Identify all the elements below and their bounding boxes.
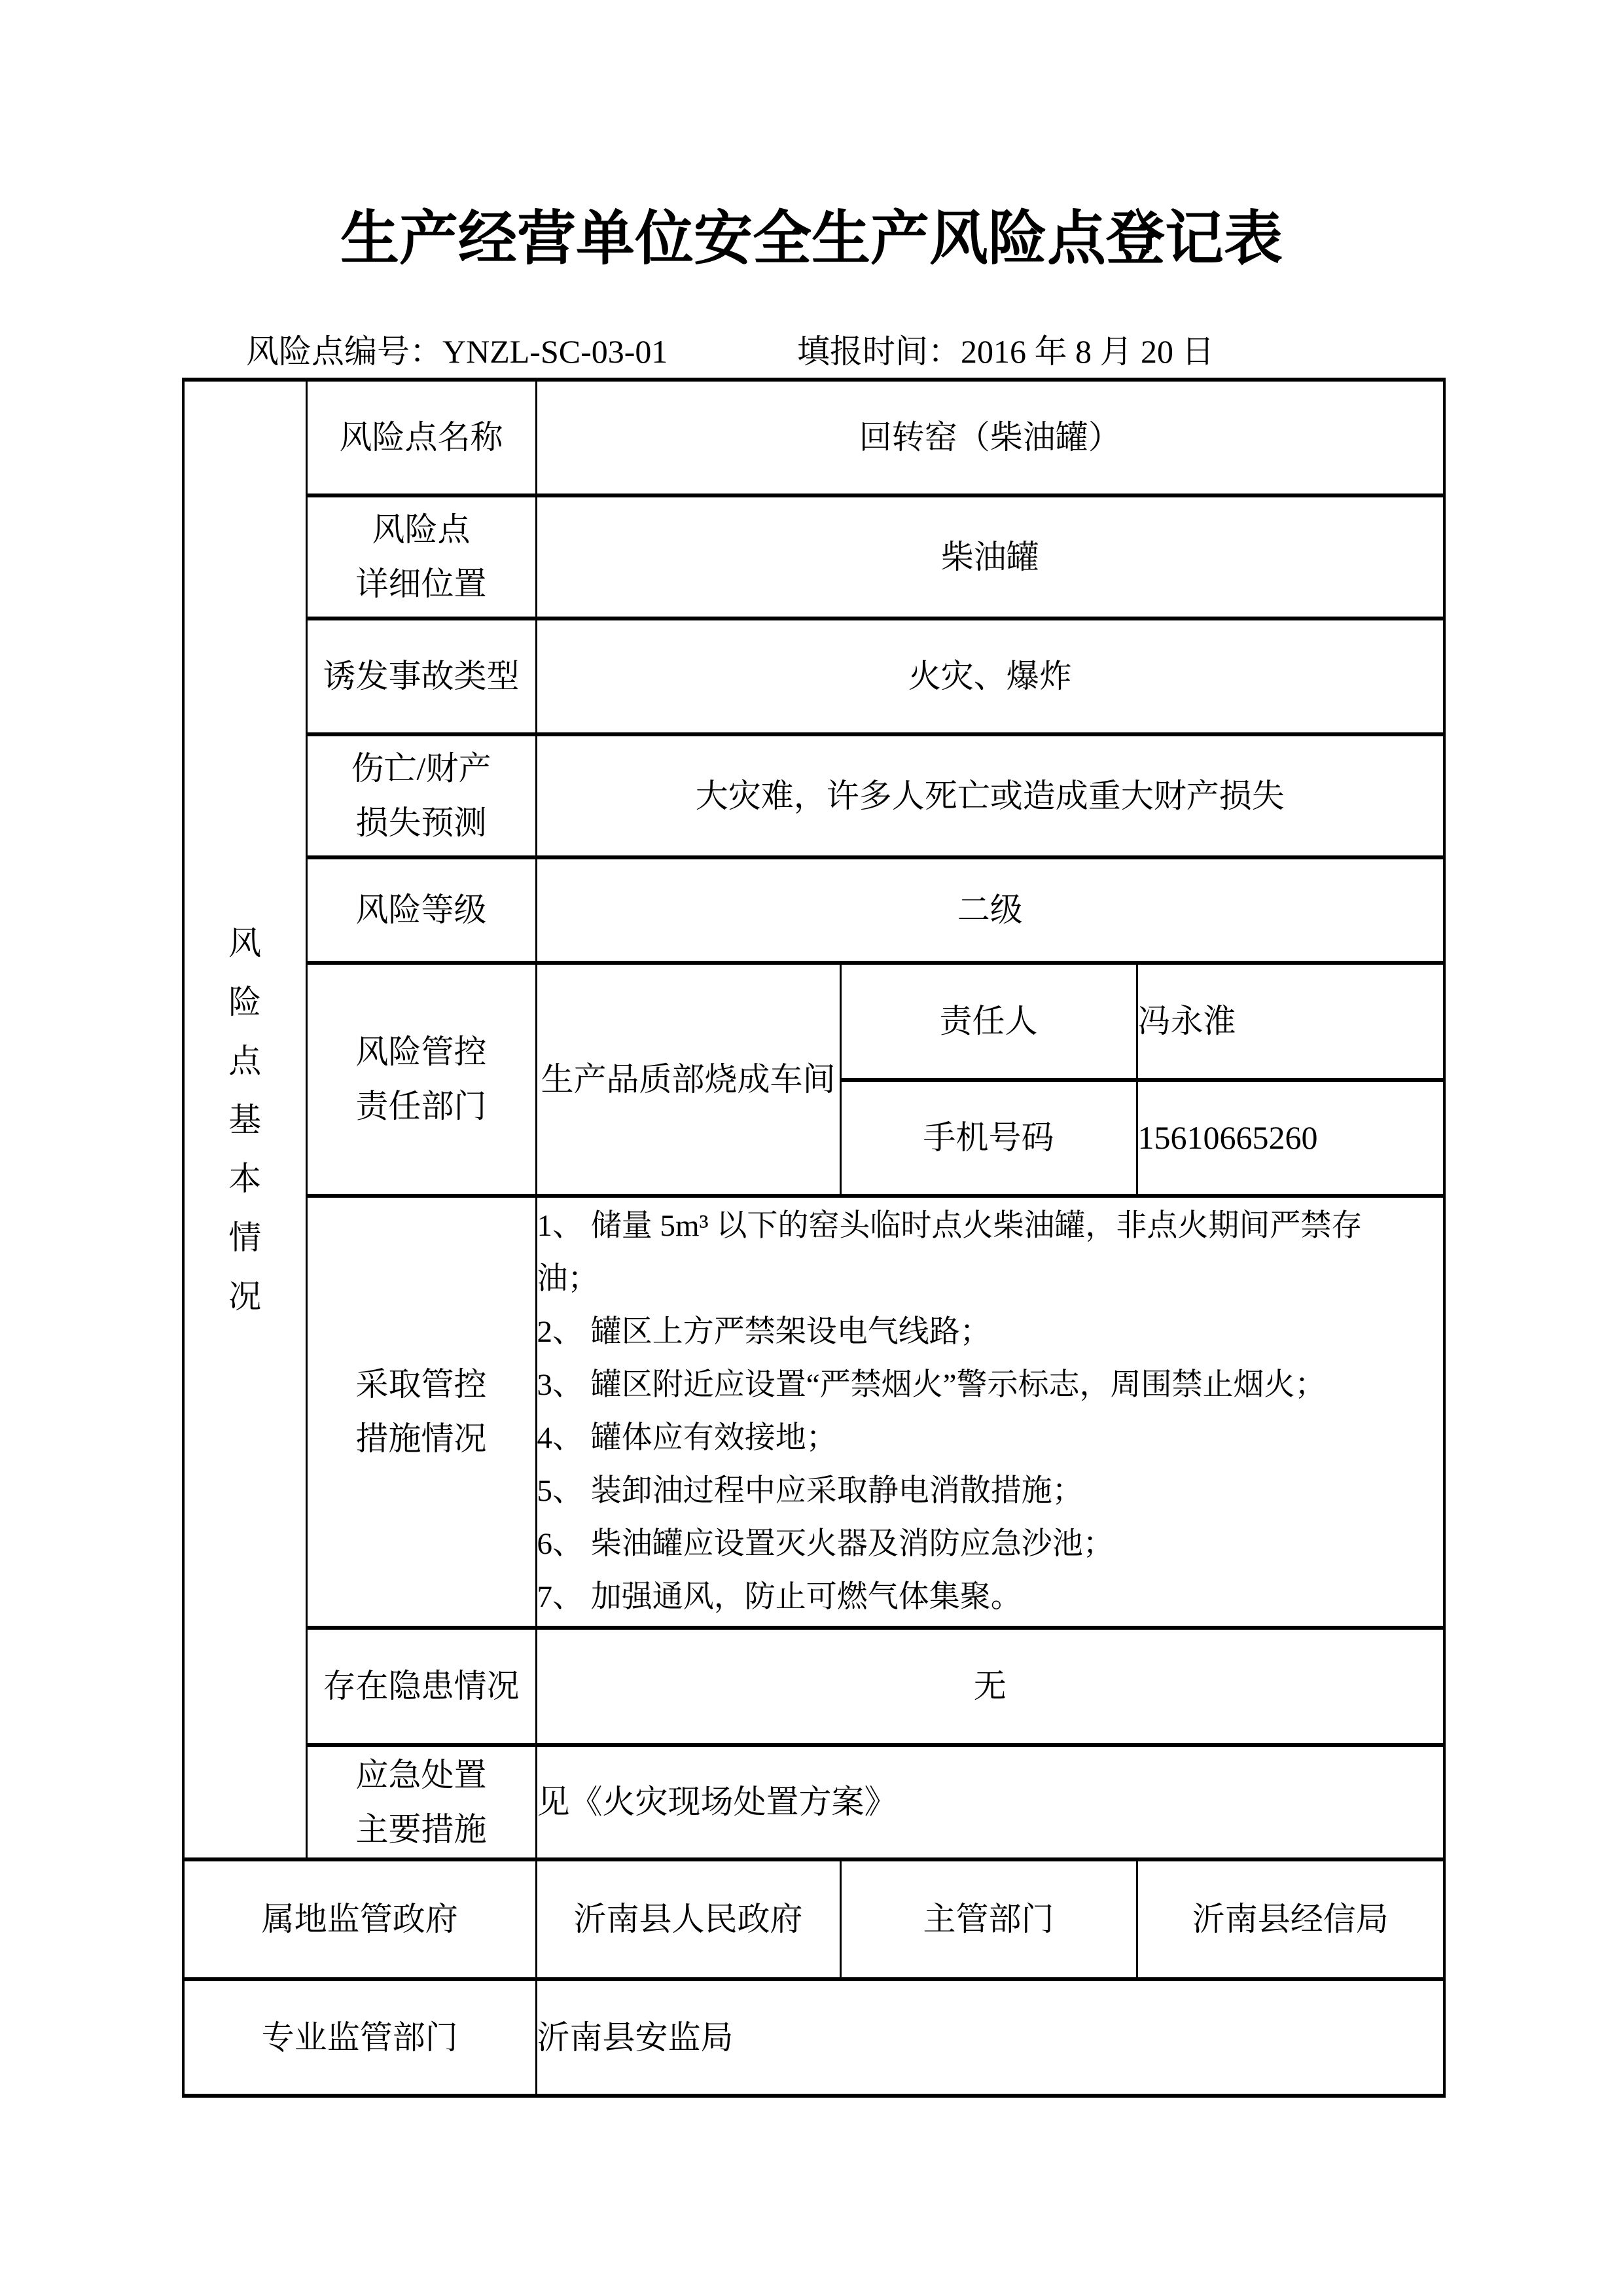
row-risk-name: 风 险 点 基 本 情 况 风险点名称 回转窑（柴油罐）	[183, 380, 1444, 495]
report-date-line: 填报时间：2016 年 8 月 20 日	[797, 325, 1215, 379]
control-measures-value: 1、 储量 5m³ 以下的窑头临时点火柴油罐，非点火期间严禁存 油； 2、 罐区…	[536, 1196, 1444, 1628]
loss-forecast-label: 伤亡/财产 损失预测	[306, 734, 536, 857]
competent-dept-value: 沂南县经信局	[1137, 1859, 1444, 1979]
competent-dept-label: 主管部门	[840, 1859, 1137, 1979]
emergency-measures-value: 见《火灾现场处置方案》	[536, 1745, 1444, 1859]
row-professional-dept: 专业监管部门 沂南县安监局	[183, 1979, 1444, 2096]
row-control-measures: 采取管控 措施情况 1、 储量 5m³ 以下的窑头临时点火柴油罐，非点火期间严禁…	[183, 1196, 1444, 1628]
row-emergency-measures: 应急处置 主要措施 见《火灾现场处置方案》	[183, 1745, 1444, 1859]
accident-type-label: 诱发事故类型	[306, 619, 536, 734]
risk-level-label: 风险等级	[306, 857, 536, 963]
risk-location-value: 柴油罐	[536, 495, 1444, 619]
responsible-person-label: 责任人	[840, 963, 1137, 1080]
form-title: 生产经营单位安全生产风险点登记表	[0, 207, 1623, 272]
document-page: 生产经营单位安全生产风险点登记表 风险点编号：YNZL-SC-03-01 填报时…	[0, 0, 1623, 2296]
territorial-gov-value: 沂南县人民政府	[536, 1859, 840, 1979]
row-accident-type: 诱发事故类型 火灾、爆炸	[183, 619, 1444, 734]
accident-type-value: 火灾、爆炸	[536, 619, 1444, 734]
risk-name-value: 回转窑（柴油罐）	[536, 380, 1444, 495]
risk-number-line: 风险点编号：YNZL-SC-03-01	[246, 325, 668, 379]
risk-registration-table: 风 险 点 基 本 情 况 风险点名称 回转窑（柴油罐） 风险点 详细位置 柴油…	[182, 378, 1446, 2098]
hazards-label: 存在隐患情况	[306, 1628, 536, 1745]
responsible-person-value: 冯永淮	[1137, 963, 1444, 1080]
report-date-label: 填报时间：	[797, 333, 961, 370]
control-dept-value: 生产品质部烧成车间	[536, 963, 840, 1196]
risk-level-value: 二级	[536, 857, 1444, 963]
side-header-basic-info: 风 险 点 基 本 情 况	[183, 380, 306, 1859]
professional-dept-value: 沂南县安监局	[536, 1979, 1444, 2096]
loss-forecast-value: 大灾难，许多人死亡或造成重大财产损失	[536, 734, 1444, 857]
territorial-gov-label: 属地监管政府	[183, 1859, 536, 1979]
row-control-dept-responsible: 风险管控 责任部门 生产品质部烧成车间 责任人 冯永淮	[183, 963, 1444, 1080]
risk-number-value: YNZL-SC-03-01	[442, 333, 668, 370]
row-loss-forecast: 伤亡/财产 损失预测 大灾难，许多人死亡或造成重大财产损失	[183, 734, 1444, 857]
risk-name-label: 风险点名称	[306, 380, 536, 495]
row-territorial-gov: 属地监管政府 沂南县人民政府 主管部门 沂南县经信局	[183, 1859, 1444, 1979]
control-measures-label: 采取管控 措施情况	[306, 1196, 536, 1628]
report-date-value: 2016 年 8 月 20 日	[961, 333, 1215, 370]
hazards-value: 无	[536, 1628, 1444, 1745]
emergency-measures-label: 应急处置 主要措施	[306, 1745, 536, 1859]
phone-value: 15610665260	[1137, 1080, 1444, 1196]
control-dept-label: 风险管控 责任部门	[306, 963, 536, 1196]
professional-dept-label: 专业监管部门	[183, 1979, 536, 2096]
risk-location-label: 风险点 详细位置	[306, 495, 536, 619]
row-hazards: 存在隐患情况 无	[183, 1628, 1444, 1745]
row-risk-location: 风险点 详细位置 柴油罐	[183, 495, 1444, 619]
phone-label: 手机号码	[840, 1080, 1137, 1196]
row-risk-level: 风险等级 二级	[183, 857, 1444, 963]
risk-number-label: 风险点编号：	[246, 333, 442, 370]
